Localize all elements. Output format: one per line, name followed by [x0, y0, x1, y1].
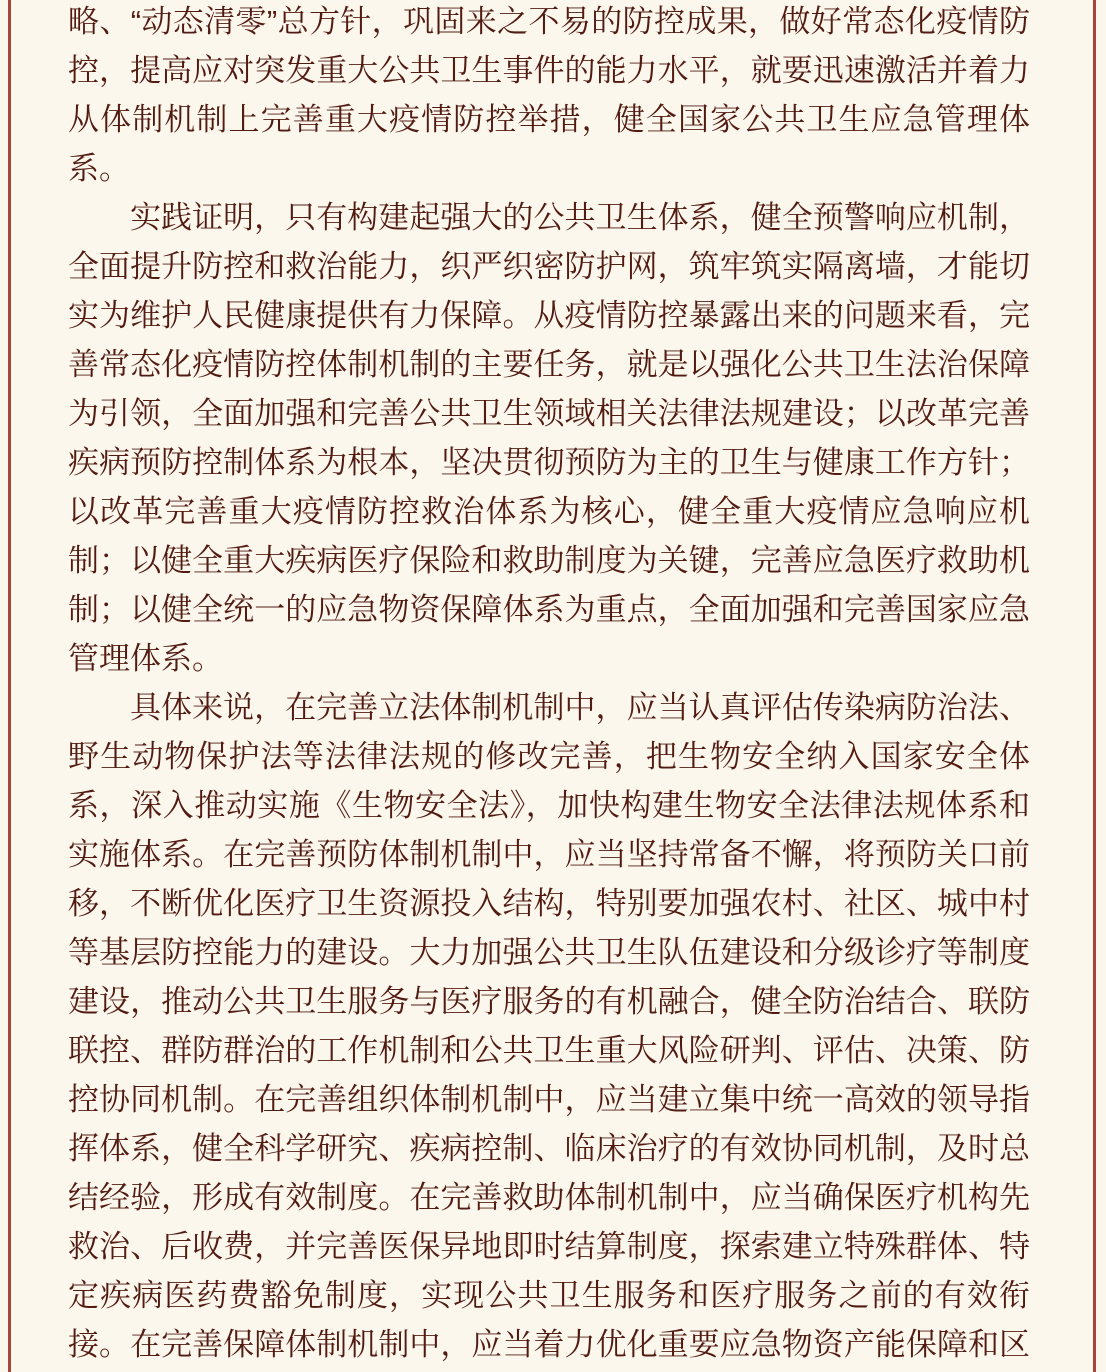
text-line: 建设，推动公共卫生服务与医疗服务的有机融合，健全防治结合、联防 — [68, 977, 1030, 1026]
text-line: 实为维护人民健康提供有力保障。从疫情防控暴露出来的问题来看，完 — [68, 291, 1030, 340]
text-line: 定疾病医药费豁免制度，实现公共卫生服务和医疗服务之前的有效衔 — [68, 1271, 1030, 1320]
text-line: 实施体系。在完善预防体制机制中，应当坚持常备不懈，将预防关口前 — [68, 830, 1030, 879]
text-line: 制；以健全重大疾病医疗保险和救助制度为关键，完善应急医疗救助机 — [68, 536, 1030, 585]
text-line: 全面提升防控和救治能力，织严织密防护网，筑牢筑实隔离墙，才能切 — [68, 242, 1030, 291]
text-line: 联控、群防群治的工作机制和公共卫生重大风险研判、评估、决策、防 — [68, 1026, 1030, 1075]
article-page: 略、“动态清零”总方针，巩固来之不易的防控成果，做好常态化疫情防 控，提高应对突… — [0, 0, 1106, 1372]
text-line: 结经验，形成有效制度。在完善救助体制机制中，应当确保医疗机构先 — [68, 1173, 1030, 1222]
text-line: 以改革完善重大疫情防控救治体系为核心，健全重大疫情应急响应机 — [68, 487, 1030, 536]
article-body: 略、“动态清零”总方针，巩固来之不易的防控成果，做好常态化疫情防 控，提高应对突… — [68, 0, 1030, 1369]
text-line: 略、“动态清零”总方针，巩固来之不易的防控成果，做好常态化疫情防 — [68, 0, 1030, 46]
text-line: 救治、后收费，并完善医保异地即时结算制度，探索建立特殊群体、特 — [68, 1222, 1030, 1271]
text-line: 等基层防控能力的建设。大力加强公共卫生队伍建设和分级诊疗等制度 — [68, 928, 1030, 977]
text-line: 挥体系，健全科学研究、疾病控制、临床治疗的有效协同机制，及时总 — [68, 1124, 1030, 1173]
text-line: 实践证明，只有构建起强大的公共卫生体系，健全预警响应机制， — [68, 193, 1030, 242]
text-line: 善常态化疫情防控体制机制的主要任务，就是以强化公共卫生法治保障 — [68, 340, 1030, 389]
text-line: 野生动物保护法等法律法规的修改完善，把生物安全纳入国家安全体 — [68, 732, 1030, 781]
text-line: 接。在完善保障体制机制中，应当着力优化重要应急物资产能保障和区 — [68, 1320, 1030, 1369]
text-line: 移，不断优化医疗卫生资源投入结构，特别要加强农村、社区、城中村 — [68, 879, 1030, 928]
text-line: 具体来说，在完善立法体制机制中，应当认真评估传染病防治法、 — [68, 683, 1030, 732]
frame-border-right — [1093, 0, 1096, 1372]
text-line: 疾病预防控制体系为根本，坚决贯彻预防为主的卫生与健康工作方针； — [68, 438, 1030, 487]
text-line: 系。 — [68, 144, 1030, 193]
frame-border-left — [8, 0, 11, 1372]
text-line: 系，深入推动实施《生物安全法》，加快构建生物安全法律法规体系和 — [68, 781, 1030, 830]
text-line: 控，提高应对突发重大公共卫生事件的能力水平，就要迅速激活并着力 — [68, 46, 1030, 95]
text-line: 制；以健全统一的应急物资保障体系为重点，全面加强和完善国家应急 — [68, 585, 1030, 634]
text-line: 管理体系。 — [68, 634, 1030, 683]
text-line: 为引领，全面加强和完善公共卫生领域相关法律法规建设；以改革完善 — [68, 389, 1030, 438]
text-line: 从体制机制上完善重大疫情防控举措，健全国家公共卫生应急管理体 — [68, 95, 1030, 144]
text-line: 控协同机制。在完善组织体制机制中，应当建立集中统一高效的领导指 — [68, 1075, 1030, 1124]
